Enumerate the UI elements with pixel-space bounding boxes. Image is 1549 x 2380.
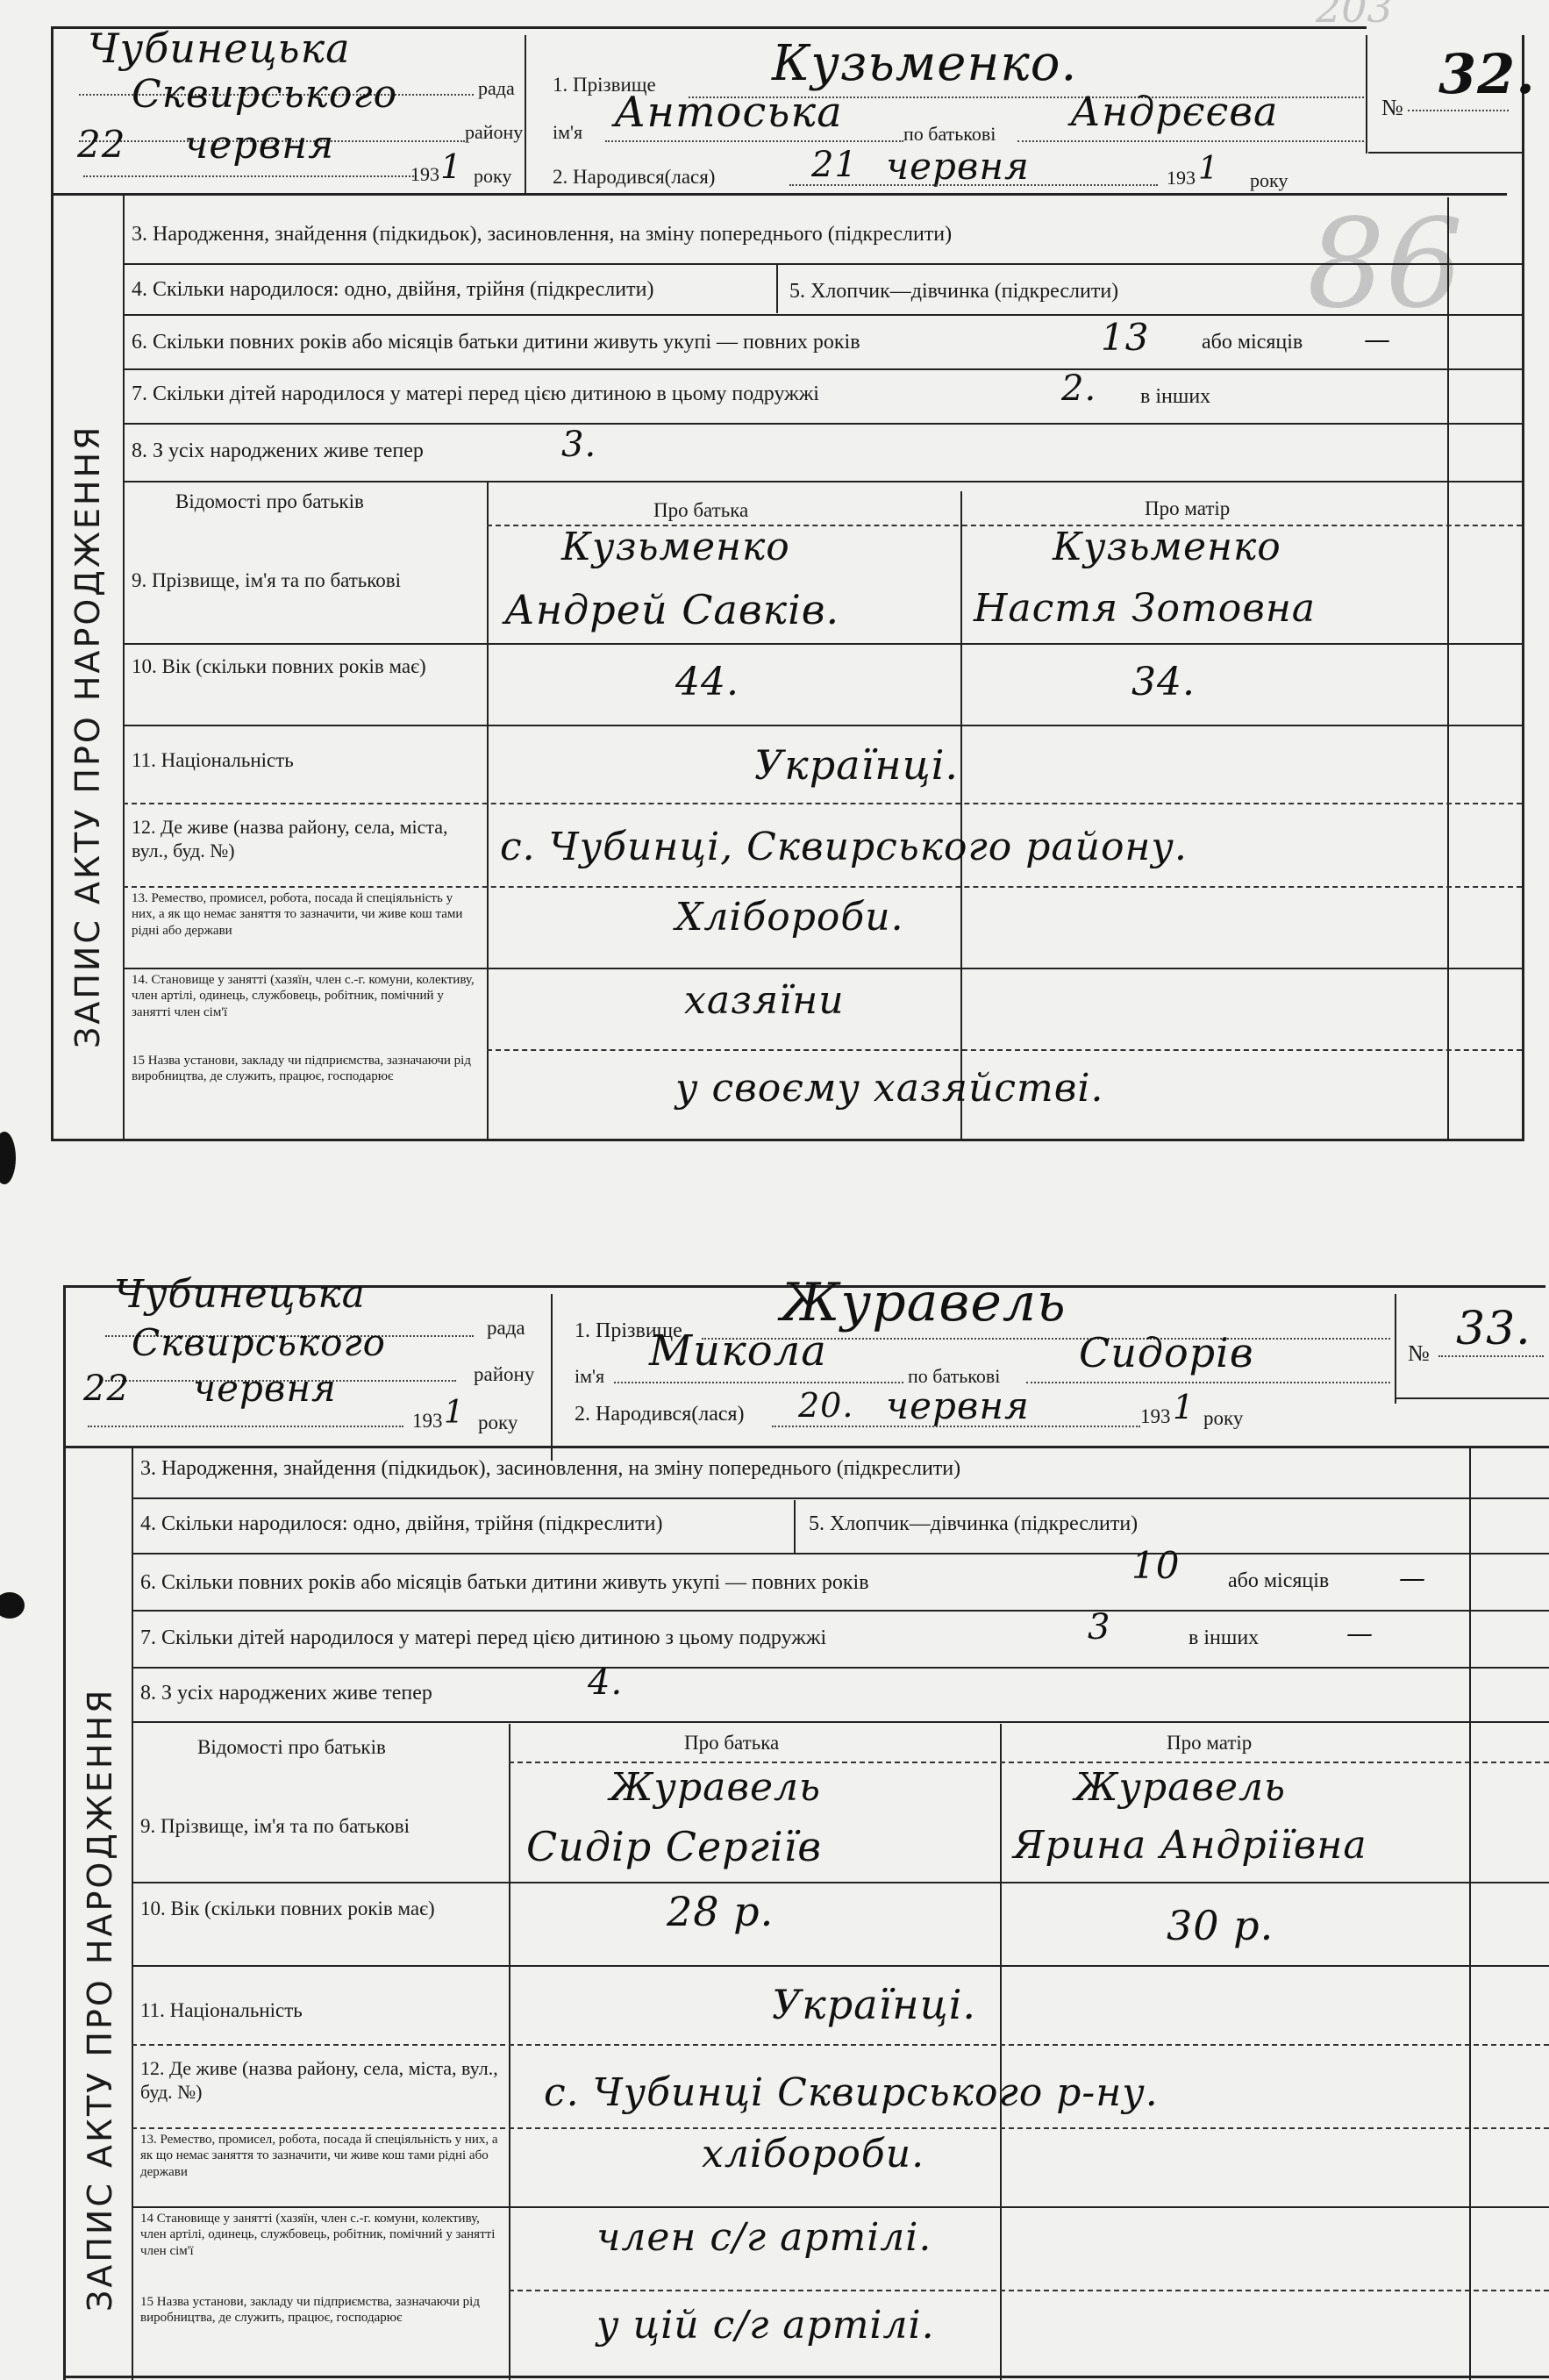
birth-record-card-33: Чубинецька рада Сквирського району 22 че… xyxy=(0,1263,1549,2380)
born-month: червня xyxy=(886,1384,1030,1427)
row-7-other-label: в інших xyxy=(1140,386,1210,407)
occupation: Хлібороби. xyxy=(675,895,904,940)
born-month: червня xyxy=(886,145,1030,188)
row-14-label: 14. Становище у занятті (хазяїн, член с.… xyxy=(132,972,478,1020)
record-number: 33. xyxy=(1456,1303,1531,1355)
residence: с. Чубинці, Сквирського району. xyxy=(500,825,1188,869)
born-year-suffix: року xyxy=(1203,1408,1243,1428)
father-column-header: Про батька xyxy=(653,500,748,520)
registration-day: 22 xyxy=(77,123,125,166)
row-10-label: 10. Вік (скільки повних років має) xyxy=(132,654,478,679)
row-6-years-together: 6. Скільки повних років або місяців бать… xyxy=(140,1572,869,1593)
born-year-digit: 1 xyxy=(1173,1388,1195,1426)
father-name: Андрей Савків. xyxy=(504,586,839,633)
child-surname: Кузьменко. xyxy=(772,35,1077,92)
row-7-other-value: — xyxy=(1346,1619,1374,1649)
row-11-label: 11. Національність xyxy=(140,2000,303,2020)
registration-year-digit: 1 xyxy=(444,1395,465,1431)
birth-record-card-32: Чубинецька рада Сквирського району 22 че… xyxy=(0,0,1549,1167)
father-age: 28 р. xyxy=(667,1888,774,1935)
side-title: ЗАПИС АКТУ ПРО НАРОДЖЕННЯ xyxy=(81,1688,119,2312)
row-7-value: 3 xyxy=(1088,1607,1110,1647)
born-day: 21 xyxy=(811,145,858,185)
registration-year-suffix: року xyxy=(478,1412,518,1433)
council-label: рада xyxy=(478,79,515,98)
registration-year-digit: 1 xyxy=(440,147,462,186)
council-label: рада xyxy=(487,1318,525,1338)
registration-month: червня xyxy=(184,123,334,168)
row-15-label: 15 Назва установи, закладу чи підприємст… xyxy=(140,2294,500,2326)
row-8-living-children: 8. З усіх народжених живе тепер xyxy=(132,440,424,461)
parents-info-header: Відомості про батьків xyxy=(175,491,364,511)
mother-age: 34. xyxy=(1131,660,1196,704)
district-label: району xyxy=(474,1364,534,1384)
row-4-multiplicity: 4. Скільки народилося: одно, двійня, трі… xyxy=(140,1513,662,1534)
row-7-prior-children: 7. Скільки дітей народилося у матері пер… xyxy=(132,383,819,404)
born-year-prefix: 193 xyxy=(1140,1406,1171,1426)
row-6-months-value: — xyxy=(1364,325,1391,355)
child-patronymic: Андрєєва xyxy=(1070,88,1278,135)
record-number-label: № xyxy=(1381,96,1403,119)
row-6-years-value: 10 xyxy=(1131,1544,1180,1587)
district-value: Сквирського xyxy=(132,72,397,117)
row-11-label: 11. Національність xyxy=(132,750,294,770)
workplace: у цій с/г артілі. xyxy=(596,2303,935,2348)
row-6-years-value: 13 xyxy=(1101,316,1149,359)
row-8-value: 4. xyxy=(588,1662,623,1703)
mother-column-header: Про матір xyxy=(1167,1733,1252,1753)
born-label: 2. Народився(лася) xyxy=(553,167,715,187)
mother-age: 30 р. xyxy=(1167,1902,1274,1949)
row-15-label: 15 Назва установи, закладу чи підприємст… xyxy=(132,1053,478,1085)
employment-status: член с/г артілі. xyxy=(596,2215,932,2260)
registration-year-prefix: 193 xyxy=(412,1411,443,1431)
father-age: 44. xyxy=(675,660,739,704)
row-8-value: 3. xyxy=(561,425,596,465)
council-value: Чубинецька xyxy=(114,1272,366,1317)
employment-status: хазяїни xyxy=(684,978,845,1023)
council-value: Чубинецька xyxy=(88,25,351,72)
district-label: району xyxy=(465,123,523,142)
patronymic-label: по батькові xyxy=(908,1367,1000,1386)
name-label: ім'я xyxy=(575,1367,604,1386)
row-6-years-together: 6. Скільки повних років або місяців бать… xyxy=(132,332,860,353)
registration-day: 22 xyxy=(83,1369,130,1409)
row-4-multiplicity: 4. Скільки народилося: одно, двійня, трі… xyxy=(132,279,653,300)
born-label: 2. Народився(лася) xyxy=(575,1404,745,1425)
occupation: хлібороби. xyxy=(702,2132,924,2176)
father-surname: Журавель xyxy=(610,1765,821,1810)
row-5-sex: 5. Хлопчик—дівчинка (підкреслити) xyxy=(789,281,1118,302)
row-9-label: 9. Прізвище, ім'я та по батькові xyxy=(140,1816,410,1836)
row-3-birth-type: 3. Народження, знайдення (підкидьок), за… xyxy=(132,224,952,245)
row-6-months-label: або місяців xyxy=(1228,1570,1329,1591)
row-10-label: 10. Вік (скільки повних років має) xyxy=(140,1897,500,1921)
row-9-label: 9. Прізвище, ім'я та по батькові xyxy=(132,570,401,590)
row-13-label: 13. Ремество, промисел, робота, посада й… xyxy=(132,890,478,939)
mother-surname: Кузьменко xyxy=(1053,525,1281,569)
row-7-other-label: в інших xyxy=(1189,1627,1259,1648)
row-7-prior-children: 7. Скільки дітей народилося у матері пер… xyxy=(140,1627,826,1648)
mother-name: Ярина Андріївна xyxy=(1013,1823,1367,1868)
row-6-months-label: або місяців xyxy=(1202,332,1303,353)
row-12-label: 12. Де живе (назва району, села, міста, … xyxy=(140,2057,500,2105)
father-name: Сидір Сергіїв xyxy=(526,1823,822,1870)
mother-name: Настя Зотовна xyxy=(974,586,1316,631)
registration-year-prefix: 193 xyxy=(410,165,439,184)
registration-month: червня xyxy=(193,1367,337,1410)
child-surname: Журавель xyxy=(781,1272,1067,1333)
born-day: 20. xyxy=(798,1386,853,1425)
row-13-label: 13. Ремество, промисел, робота, посада й… xyxy=(140,2132,500,2180)
district-value: Сквирського xyxy=(132,1321,386,1364)
nationality: Українці. xyxy=(772,1981,976,2028)
father-column-header: Про батька xyxy=(684,1733,779,1753)
born-year-digit: 1 xyxy=(1198,151,1219,187)
row-3-birth-type: 3. Народження, знайдення (підкидьок), за… xyxy=(140,1458,960,1479)
patronymic-label: по батькові xyxy=(903,125,996,144)
registration-year-suffix: року xyxy=(474,167,511,186)
father-surname: Кузьменко xyxy=(561,525,790,569)
row-6-months-value: — xyxy=(1399,1563,1426,1594)
row-8-living-children: 8. З усіх народжених живе тепер xyxy=(140,1683,432,1704)
parents-info-header: Відомості про батьків xyxy=(197,1737,386,1757)
name-label: ім'я xyxy=(553,123,582,142)
side-title: ЗАПИС АКТУ ПРО НАРОДЖЕННЯ xyxy=(68,425,107,1048)
row-5-sex: 5. Хлопчик—дівчинка (підкреслити) xyxy=(809,1513,1138,1534)
row-14-label: 14 Становище у занятті (хазяїн, член с.-… xyxy=(140,2211,500,2259)
residence: с. Чубинці Сквирського р-ну. xyxy=(544,2070,1159,2115)
mother-column-header: Про матір xyxy=(1145,498,1230,518)
born-year-suffix: року xyxy=(1250,171,1288,190)
record-number-label: № xyxy=(1408,1342,1430,1365)
mother-surname: Журавель xyxy=(1074,1765,1286,1810)
workplace: у своєму хазяйстві. xyxy=(675,1066,1103,1111)
nationality: Українці. xyxy=(754,741,959,789)
child-first-name: Микола xyxy=(649,1326,827,1376)
record-number: 32. xyxy=(1438,42,1536,106)
row-7-value: 2. xyxy=(1061,368,1096,409)
row-12-label: 12. Де живе (назва району, села, міста, … xyxy=(132,816,478,863)
child-patronymic: Сидорів xyxy=(1079,1329,1254,1376)
child-first-name: Антоська xyxy=(614,88,843,137)
born-year-prefix: 193 xyxy=(1167,168,1196,188)
